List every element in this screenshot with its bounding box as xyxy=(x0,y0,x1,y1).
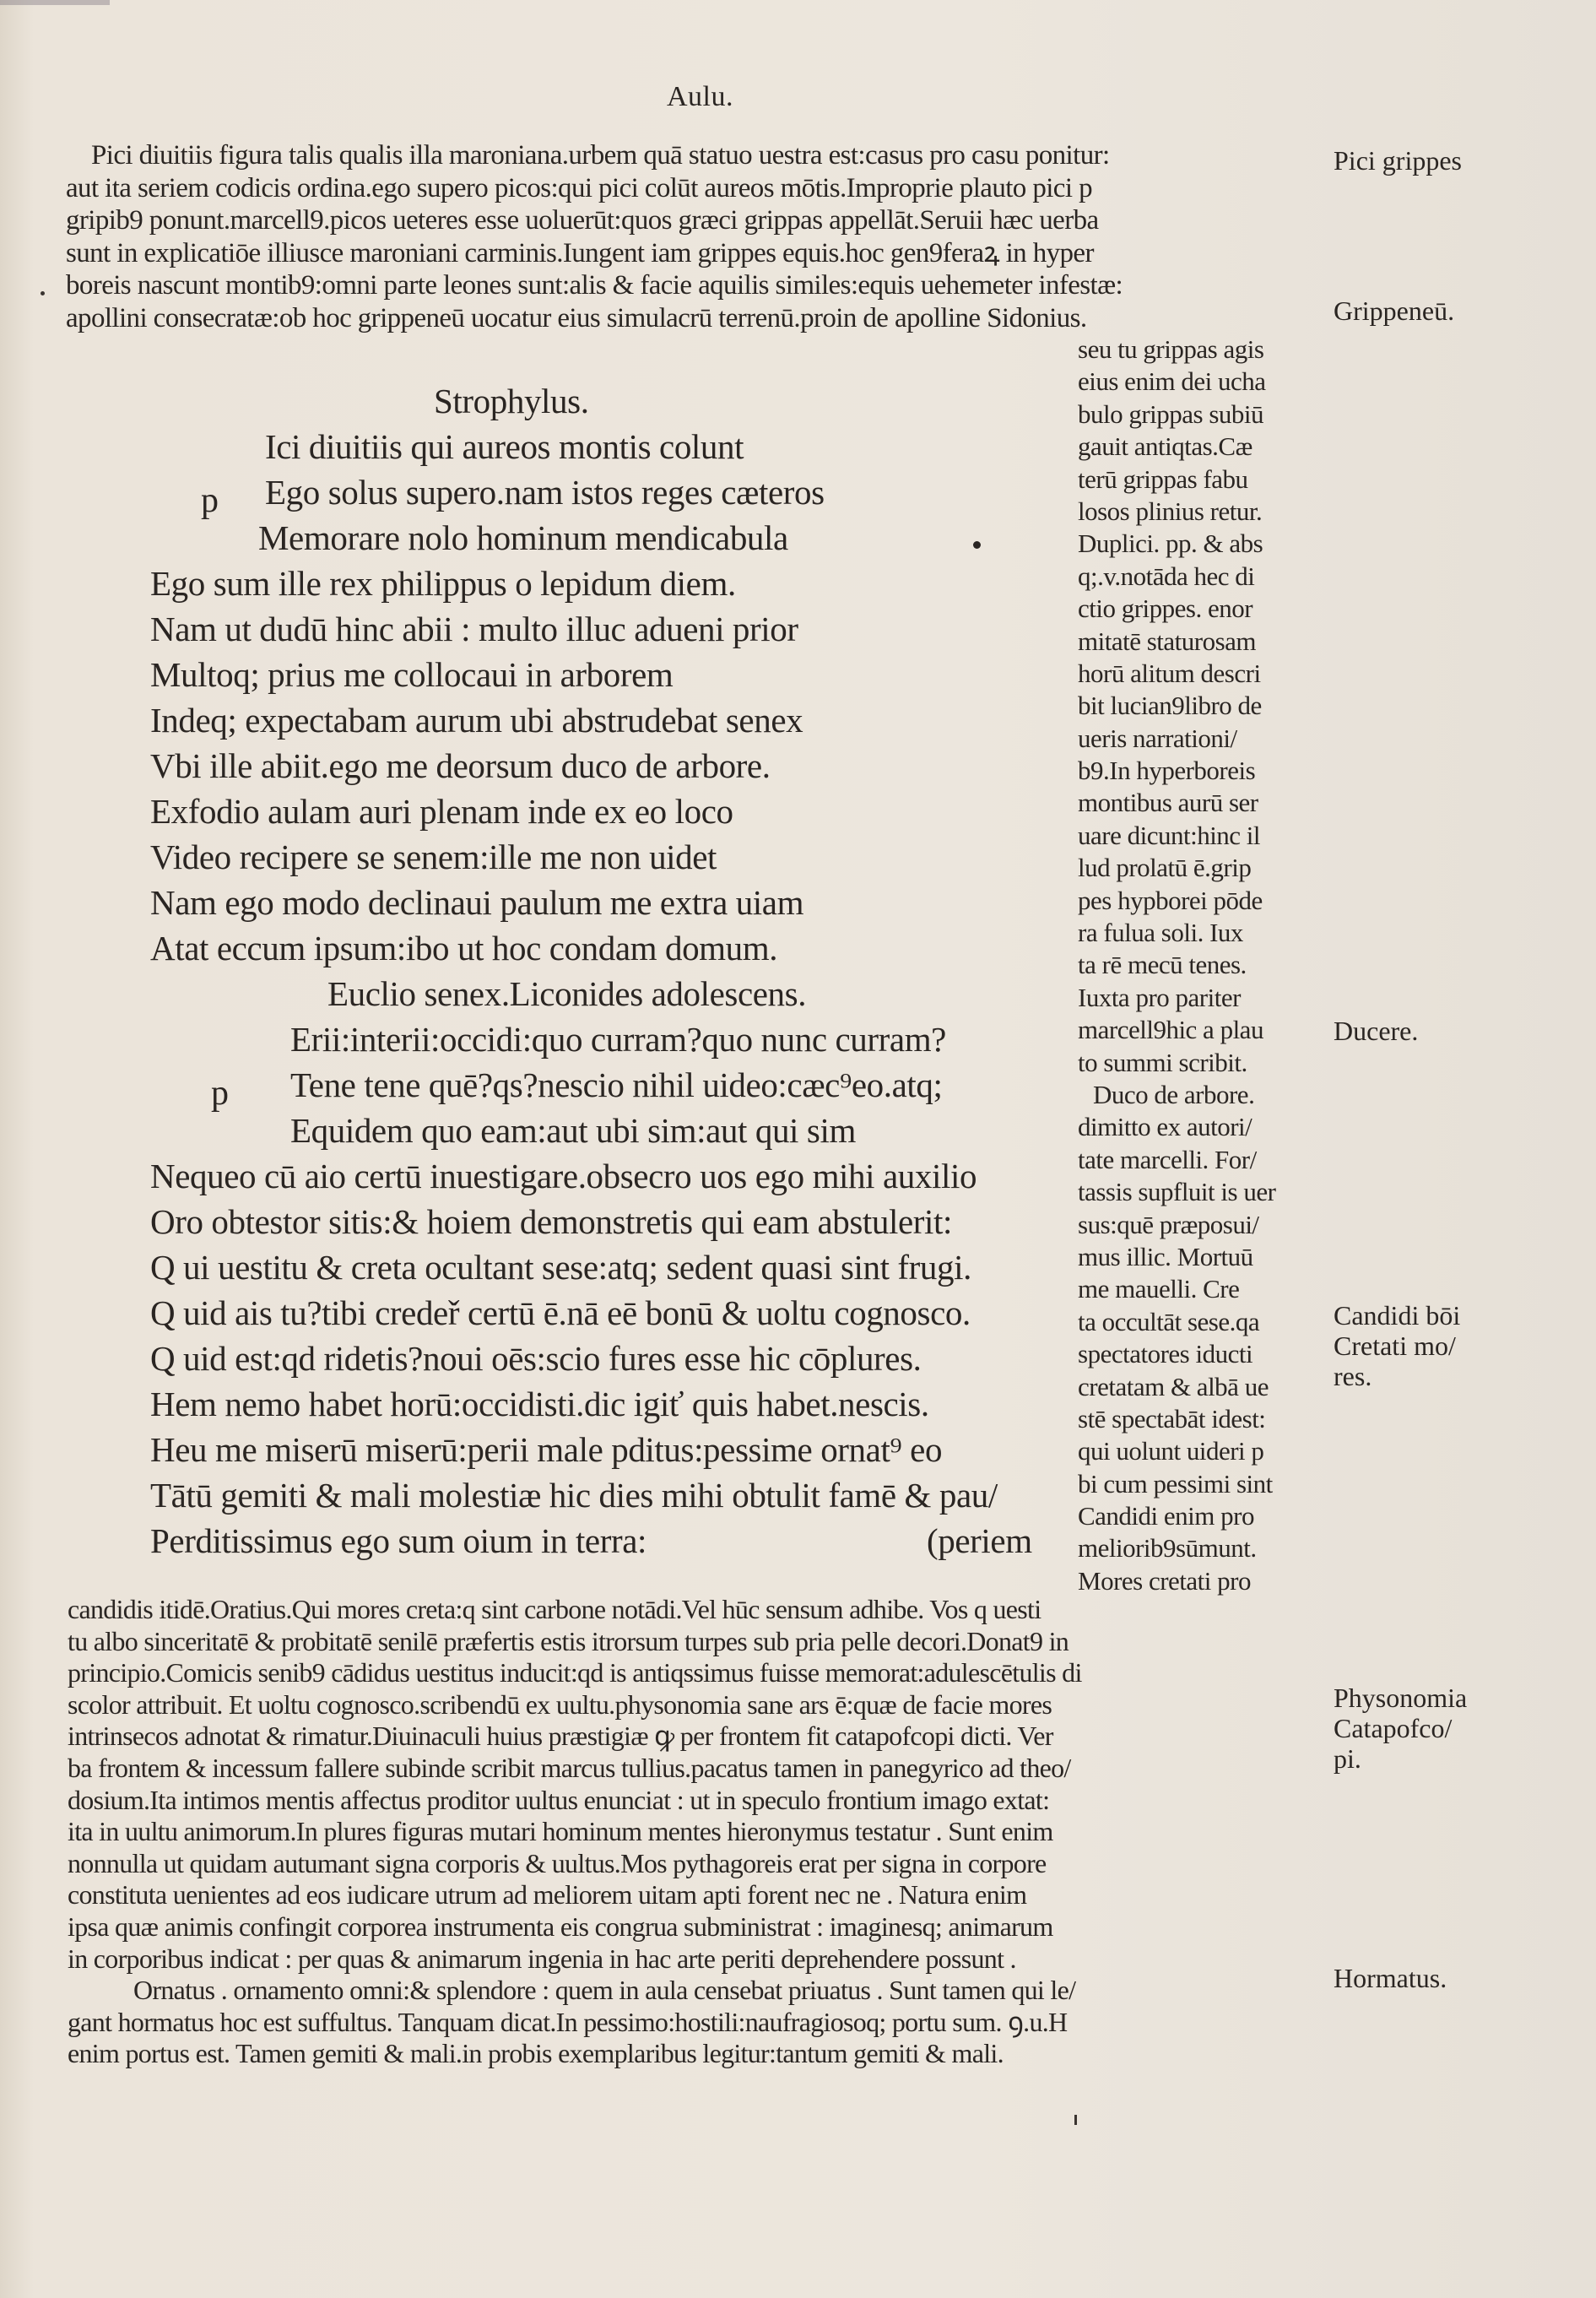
verse-line: Atat eccum ipsum:ibo ut hoc condam domum… xyxy=(150,931,777,966)
turnover-word: (periem xyxy=(927,1524,1032,1558)
commentary-line: in corporibus indicat : per quas & anima… xyxy=(68,1945,1325,1977)
margin-note: Physonomia xyxy=(1334,1683,1467,1713)
side-line: uare dicunt:hinc il xyxy=(1078,822,1323,854)
commentary-line: aut ita seriem codicis ordina.ego supero… xyxy=(66,175,1323,208)
side-commentary: seu tu grippas agis eius enim dei ucha b… xyxy=(1078,336,1323,1600)
commentary-line: Pici diuitiis figura talis qualis illa m… xyxy=(66,142,1323,175)
page-edge-shadow xyxy=(0,0,110,5)
side-line: marcell9hic a plau xyxy=(1078,1016,1323,1049)
side-line: tassis supfluit is uer xyxy=(1078,1179,1323,1211)
side-line: eius enim dei ucha xyxy=(1078,368,1323,400)
side-line: montibus aurū ser xyxy=(1078,789,1323,821)
side-line: cretatam & albā ue xyxy=(1078,1374,1323,1406)
side-line: mitatē staturosam xyxy=(1078,628,1323,660)
paragraph-marker: p xyxy=(211,1073,229,1114)
side-line: q;.v.notāda hec di xyxy=(1078,563,1323,595)
side-line: horū alitum descri xyxy=(1078,660,1323,692)
side-line: bi cum pessimi sint xyxy=(1078,1471,1323,1503)
commentary-line: candidis itidē.Oratius.Qui mores creta:q… xyxy=(68,1596,1325,1628)
running-head: Aulu. xyxy=(667,81,733,113)
side-line: sus:quē præposui/ xyxy=(1078,1211,1323,1244)
side-line: Duplici. pp. & abs xyxy=(1078,530,1323,562)
side-line: terū grippas fabu xyxy=(1078,466,1323,498)
verse-line: Memorare nolo hominum mendicabula xyxy=(258,521,788,556)
commentary-line: tu albo sinceritatē & probitatē senilē p… xyxy=(68,1628,1325,1660)
commentary-line: scolor attribuit. Et uoltu cognosco.scri… xyxy=(68,1691,1325,1723)
margin-note: Ducere. xyxy=(1334,1016,1418,1046)
side-line: losos plinius retur. xyxy=(1078,498,1323,530)
verse-line: Ici diuitiis qui aureos montis colunt xyxy=(265,430,744,464)
verse-line: Perditissimus ego sum oium in terra: xyxy=(150,1524,647,1558)
side-line: ueris narrationi/ xyxy=(1078,725,1323,757)
commentary-line: sunt in explicatiōe illiusce maroniani c… xyxy=(66,240,1323,273)
commentary-line: gant hormatus hoc est suffultus. Tanquam… xyxy=(68,2008,1325,2041)
commentary-line: boreis nascunt montib9:omni parte leones… xyxy=(66,272,1323,305)
side-line: ta rē mecū tenes. xyxy=(1078,951,1323,984)
speaker-heading: Euclio senex.Liconides adolescens. xyxy=(327,977,806,1011)
verse-line: Nam ut dudū hinc abii : multo illuc adue… xyxy=(150,612,798,647)
verse-line: Q ui uestitu & creta ocultant sese:atq; … xyxy=(150,1250,971,1285)
margin-note: Hormatus. xyxy=(1334,1963,1447,1993)
verse-line: Q uid est:qd ridetis?noui oēs:scio fures… xyxy=(150,1341,922,1376)
side-line: seu tu grippas agis xyxy=(1078,336,1323,368)
side-line: dimitto ex autori/ xyxy=(1078,1114,1323,1146)
side-line: pes hypborei pōde xyxy=(1078,887,1323,919)
side-line: bulo grippas subiū xyxy=(1078,401,1323,433)
verse-line: Heu me miserū miserū:perii male pditus:p… xyxy=(150,1433,942,1467)
side-line: b9.In hyperboreis xyxy=(1078,757,1323,789)
paragraph-marker: p xyxy=(201,480,219,521)
commentary-line: ita in uultu animorum.In plures figuras … xyxy=(68,1818,1325,1850)
commentary-line: intrinsecos adnotat & rimatur.Diuinaculi… xyxy=(68,1722,1325,1754)
commentary-line: constituta uenientes ad eos iudicare utr… xyxy=(68,1881,1325,1913)
verse-line: Q uid ais tu?tibi credeř certū ē.nā eē b… xyxy=(150,1296,971,1331)
verse-line: Tene tene quē?qs?nescio nihil uideo:cæc⁹… xyxy=(290,1068,942,1103)
side-line: meliorib9sūmunt. xyxy=(1078,1535,1323,1567)
commentary-line: dosium.Ita intimos mentis affectus prodi… xyxy=(68,1786,1325,1818)
side-line: tate marcelli. For/ xyxy=(1078,1146,1323,1179)
margin-note: Cretati mo/ xyxy=(1334,1331,1456,1361)
verse-line: Video recipere se senem:ille me non uide… xyxy=(150,840,717,875)
stray-mark xyxy=(1074,2115,1077,2125)
side-line: qui uolunt uideri p xyxy=(1078,1438,1323,1470)
verse-line: Oro obtestor sitis:& hoiem demonstretis … xyxy=(150,1205,952,1239)
commentary-line: enim portus est. Tamen gemiti & mali.in … xyxy=(68,2040,1325,2072)
verse-line: Nequeo cū aio certū inuestigare.obsecro … xyxy=(150,1159,977,1194)
commentary-line: nonnulla ut quidam autumant signa corpor… xyxy=(68,1850,1325,1882)
verse-line: Exfodio aulam auri plenam inde ex eo loc… xyxy=(150,794,733,829)
side-line: Duco de arbore. xyxy=(1078,1081,1323,1114)
verse-line: Erii:interii:occidi:quo curram?quo nunc … xyxy=(290,1022,946,1057)
commentary-line: ba frontem & incessum fallere subinde sc… xyxy=(68,1754,1325,1786)
speaker-heading: Strophylus. xyxy=(434,384,589,419)
top-commentary: Pici diuitiis figura talis qualis illa m… xyxy=(66,142,1323,337)
side-line: Candidi enim pro xyxy=(1078,1503,1323,1535)
side-line: ta occultāt sese.qa xyxy=(1078,1309,1323,1341)
commentary-line: ipsa quæ animis confingit corporea instr… xyxy=(68,1913,1325,1945)
verse-line: Multoq; prius me collocaui in arborem xyxy=(150,658,673,692)
stray-dot xyxy=(41,291,45,295)
side-line: bit lucian9libro de xyxy=(1078,692,1323,724)
verse-line: Hem nemo habet horū:occidisti.dic igiť q… xyxy=(150,1387,929,1422)
verse-line: Ego sum ille rex philippus o lepidum die… xyxy=(150,566,736,601)
verse-line: Indeq; expectabam aurum ubi abstrudebat … xyxy=(150,703,803,738)
side-line: stē spectabāt idest: xyxy=(1078,1406,1323,1438)
side-line: ra fulua soli. Iux xyxy=(1078,919,1323,951)
commentary-line: gripib9 ponunt.marcell9.picos ueteres es… xyxy=(66,207,1323,240)
margin-note: pi. xyxy=(1334,1743,1361,1774)
side-line: lud prolatū ē.grip xyxy=(1078,854,1323,886)
side-line: mus illic. Mortuū xyxy=(1078,1244,1323,1276)
margin-note: res. xyxy=(1334,1361,1371,1391)
side-line: Iuxta pro pariter xyxy=(1078,984,1323,1016)
margin-note: Grippeneū. xyxy=(1334,295,1454,326)
side-line: spectatores iducti xyxy=(1078,1341,1323,1373)
commentary-line: apollini consecratæ:ob hoc grippeneū uoc… xyxy=(66,305,1323,338)
margin-note: Candidi bōi xyxy=(1334,1300,1460,1331)
margin-note: Pici grippes xyxy=(1334,145,1462,176)
commentary-line: Ornatus . ornamento omni:& splendore : q… xyxy=(68,1976,1325,2008)
margin-note: Catapofco/ xyxy=(1334,1713,1452,1743)
side-line: gauit antiqtas.Cæ xyxy=(1078,433,1323,465)
verse-line: Tātū gemiti & mali molestiæ hic dies mih… xyxy=(150,1478,998,1513)
verse-line: Nam ego modo declinaui paulum me extra u… xyxy=(150,886,803,920)
side-line: ctio grippes. enor xyxy=(1078,595,1323,627)
stray-dot xyxy=(973,541,981,549)
commentary-line: principio.Comicis senib9 cādidus uestitu… xyxy=(68,1659,1325,1691)
verse-line: Vbi ille abiit.ego me deorsum duco de ar… xyxy=(150,749,771,783)
verse-line: Ego solus supero.nam istos reges cæteros xyxy=(265,475,825,510)
bottom-commentary: candidis itidē.Oratius.Qui mores creta:q… xyxy=(68,1596,1325,2072)
verse-line: Equidem quo eam:aut ubi sim:aut qui sim xyxy=(290,1114,856,1148)
side-line: me mauelli. Cre xyxy=(1078,1276,1323,1308)
side-line: to summi scribit. xyxy=(1078,1049,1323,1081)
